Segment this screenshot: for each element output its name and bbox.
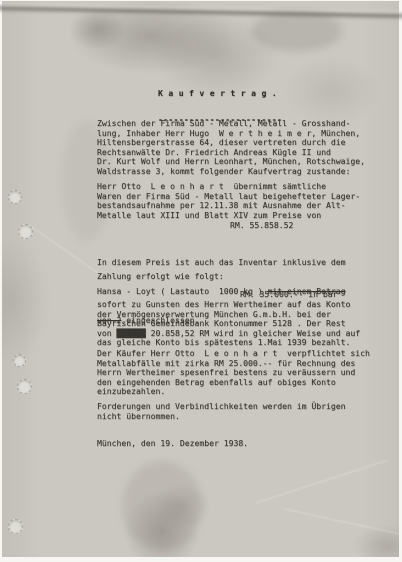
payment-intro: Zahlung erfolgt wie folgt: [97, 272, 224, 282]
crease-line [255, 459, 388, 503]
document-title: K a u f v e r t r a g . [158, 89, 282, 99]
punch-hole [8, 519, 23, 534]
stain [252, 11, 342, 51]
punch-hole [8, 190, 22, 204]
paragraph-liabilities: Forderungen und Verbindlichkeiten werden… [97, 402, 346, 421]
top-fold-shadow [0, 4, 402, 21]
date-line: München, den 19. Dezember 1938. [97, 439, 248, 449]
inventory-line-1: In diesem Preis ist auch das Inventar in… [97, 258, 346, 268]
paragraph-scrap-obligation: Der Käufer Herr Otto L e o n h a r t ver… [97, 349, 370, 397]
paragraph-takeover: Herr Otto L e o n h a r t übernimmt sämt… [97, 182, 360, 220]
crease-line [283, 509, 401, 535]
punch-hole [18, 224, 33, 239]
price-total: RM. 55.858.52 [230, 221, 293, 231]
paragraph-payment-terms: sofort zu Gunsten des Herrn Wertheimer a… [97, 300, 360, 348]
stain [122, 461, 202, 551]
punch-hole [17, 379, 32, 394]
paragraph-parties: Zwischen der Firma Süd - Metall, Metall … [97, 119, 365, 177]
punch-hole [13, 354, 26, 367]
scanned-document-photo: K a u f v e r t r a g . ----------------… [0, 0, 402, 562]
